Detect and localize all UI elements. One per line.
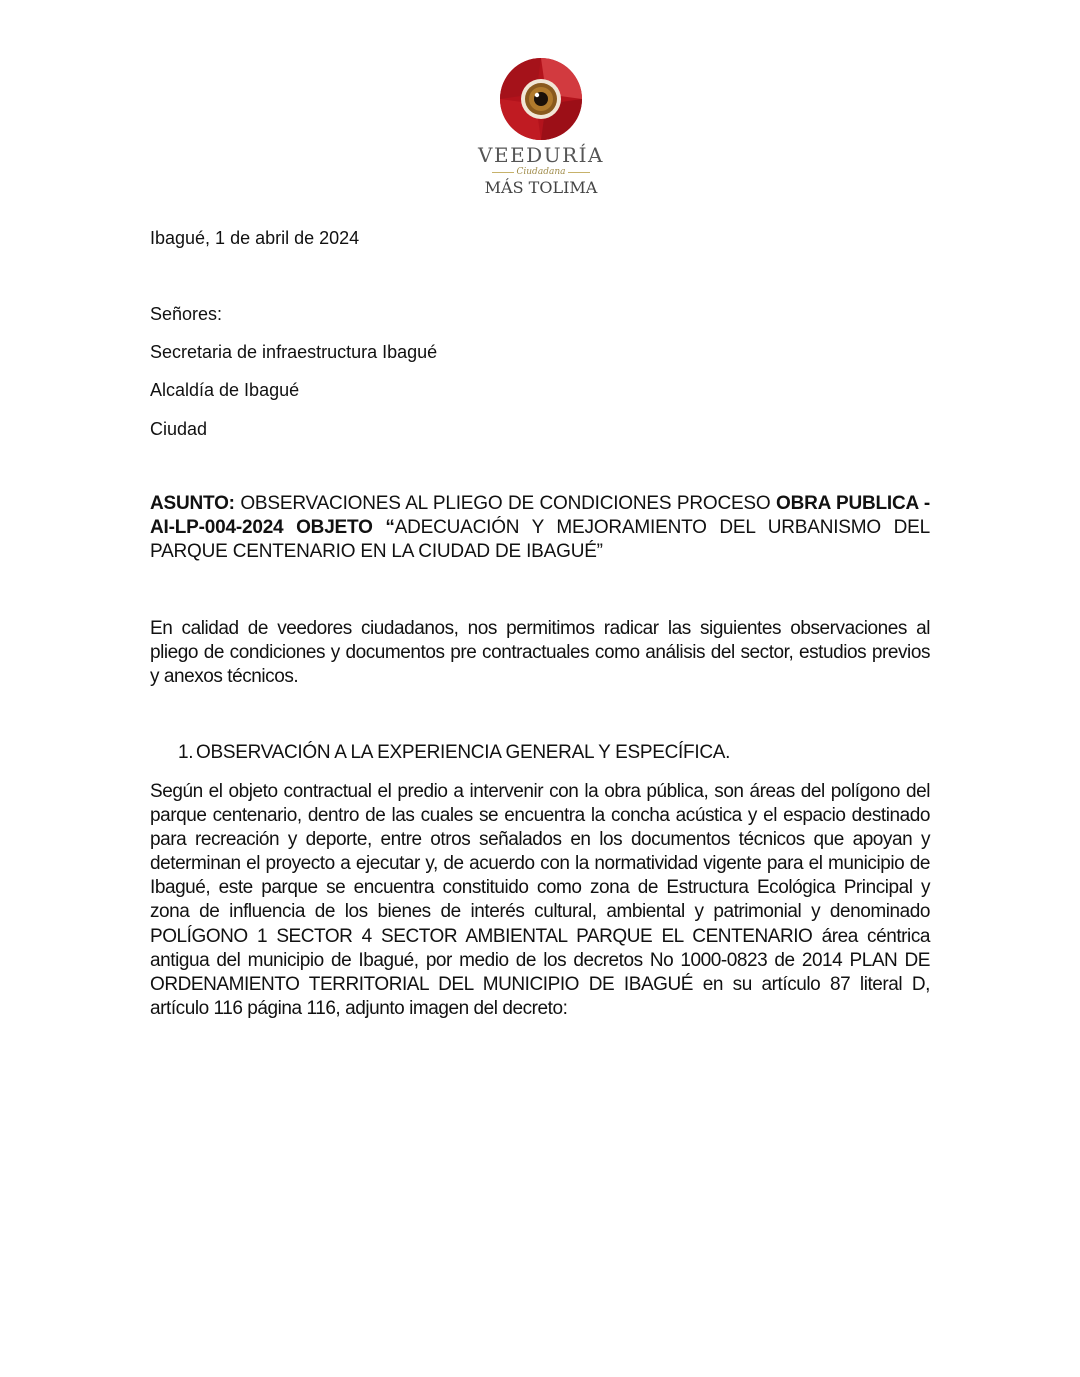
document-page: VEEDURÍA Ciudadana MÁS TOLIMA Ibagué, 1 … bbox=[0, 0, 1080, 1377]
divider bbox=[568, 172, 590, 173]
section-title: OBSERVACIÓN A LA EXPERIENCIA GENERAL Y E… bbox=[196, 742, 730, 763]
divider bbox=[492, 172, 514, 173]
subject-block: ASUNTO: OBSERVACIONES AL PLIEGO DE CONDI… bbox=[150, 492, 930, 564]
section-body: Según el objeto contractual el predio a … bbox=[150, 780, 930, 1021]
subject-label: ASUNTO: bbox=[150, 493, 235, 514]
section-heading: 1.OBSERVACIÓN A LA EXPERIENCIA GENERAL Y… bbox=[196, 741, 730, 765]
salutation: Señores: bbox=[150, 302, 222, 326]
intro-paragraph: En calidad de veedores ciudadanos, nos p… bbox=[150, 617, 930, 689]
recipient-line: Alcaldía de Ibagué bbox=[150, 378, 299, 402]
section-number: 1. bbox=[178, 741, 196, 765]
logo-title: VEEDURÍA bbox=[478, 144, 604, 166]
logo-name: MÁS TOLIMA bbox=[478, 178, 604, 198]
date-line: Ibagué, 1 de abril de 2024 bbox=[150, 226, 359, 250]
logo-subtitle-text: Ciudadana bbox=[517, 166, 566, 178]
logo-subtitle: Ciudadana bbox=[478, 166, 604, 178]
recipient-line: Secretaria de infraestructura Ibagué bbox=[150, 340, 437, 364]
eye-aperture-icon bbox=[498, 56, 584, 142]
recipient-line: Ciudad bbox=[150, 417, 207, 441]
subject-text: OBSERVACIONES AL PLIEGO DE CONDICIONES P… bbox=[235, 493, 776, 514]
organization-logo: VEEDURÍA Ciudadana MÁS TOLIMA bbox=[478, 56, 604, 218]
